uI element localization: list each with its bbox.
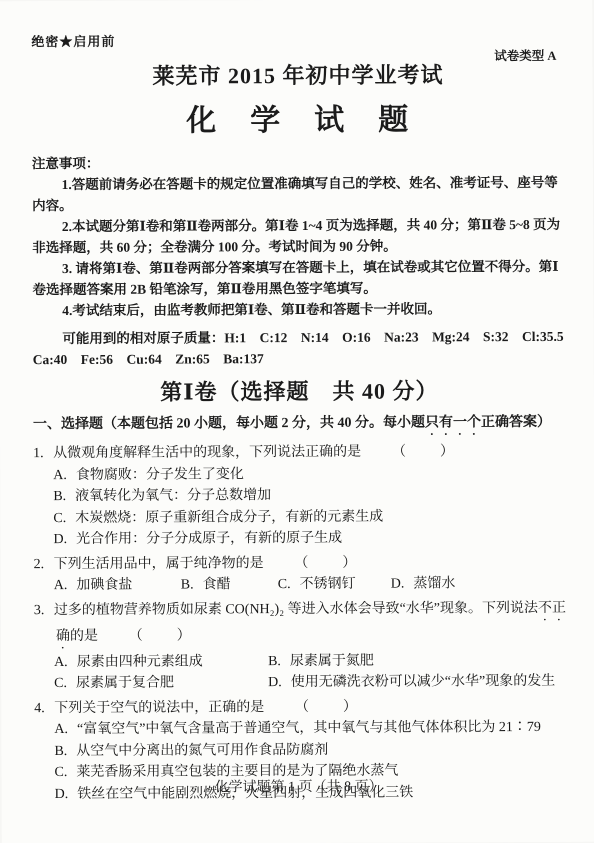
instruction-text: 一、选择题（本题包括 20 小题，每小题 2 分，共 40 分。每小题: [33, 415, 425, 432]
option-text: 尿素属于氮肥: [290, 653, 374, 668]
option-text: “富氧空气”中氧气含量高于普通空气，其中氧气与其他气体体积比为 21∶79: [77, 720, 541, 737]
option-label: A.: [53, 468, 67, 483]
notice-item-4: 4.考试结束后，由监考教师把第Ⅰ卷、第Ⅱ卷和答题卡一并收回。: [32, 298, 565, 321]
notice-item-2: 2.本试题分第Ⅰ卷和第Ⅱ卷两部分。第Ⅰ卷 1~4 页为选择题，共 40 分；第Ⅱ…: [32, 214, 565, 258]
question-3-options: A.尿素由四种元素组成 B.尿素属于氮肥 C.尿素属于复合肥 D.使用无磷洗衣粉…: [34, 649, 567, 694]
question-1-options: A.食物腐败：分子发生了变化 B.液氧转化为氧气：分子总数增加 C.木炭燃烧：原…: [33, 462, 566, 550]
page-footer: 化学试题第 1 页（共 8 页）: [2, 775, 594, 798]
question-4-number: 4.: [34, 698, 54, 720]
question-3-option-a: A.尿素由四种元素组成: [54, 651, 268, 673]
question-4-option-b: B.从空气中分离出的氮气可用作食品防腐剂: [54, 738, 567, 762]
question-3-number: 3.: [34, 600, 54, 622]
option-label: A.: [54, 722, 68, 737]
question-3-stem-text: 过多的植物营养物质如尿素 CO(NH₂)₂ 等进入水体会导致“水华”现象。下列说…: [54, 600, 538, 617]
question-1-stem: 1.从微观角度解释生活中的现象，下列说法正确的是（ ）: [33, 441, 566, 465]
question-3: 3.过多的植物营养物质如尿素 CO(NH₂)₂ 等进入水体会导致“水华”现象。下…: [34, 597, 567, 694]
question-1-option-a: A.食物腐败：分子发生了变化: [53, 462, 566, 486]
notice-section: 注意事项： 1.答题前请务必在答题卡的规定位置准确填写自己的学校、姓名、准考证号…: [32, 151, 566, 321]
question-2-option-b: B.食醋: [181, 574, 278, 596]
question-2-stem: 2.下列生活用品中，属于纯净物的是（ ）: [34, 551, 567, 575]
section-1-title: 第Ⅰ卷（选择题 共 40 分）: [33, 375, 566, 409]
atomic-mass-label: 可能用到的相对原子质量：: [62, 330, 224, 346]
question-2-option-c: C.不锈钢钉: [278, 574, 391, 596]
option-text: 从空气中分离出的氮气可用作食品防腐剂: [76, 742, 328, 758]
option-label: B.: [268, 654, 281, 669]
question-4-stem-text: 下列关于空气的说法中，正确的是: [54, 700, 264, 716]
option-text: 木炭燃烧：原子重新组合成分子，有新的元素生成: [75, 509, 383, 525]
option-label: A.: [54, 655, 68, 670]
option-text: 不锈钢钉: [300, 577, 356, 592]
subject-title: 化 学 试 题: [32, 100, 565, 142]
question-1: 1.从微观角度解释生活中的现象，下列说法正确的是（ ） A.食物腐败：分子发生了…: [33, 441, 566, 551]
question-1-answer-bracket: （ ）: [392, 444, 456, 459]
notice-item-1: 1.答题前请务必在答题卡的规定位置准确填写自己的学校、姓名、准考证号、座号等内容…: [32, 172, 565, 216]
option-text: 食物腐败：分子发生了变化: [76, 467, 244, 483]
exam-paper-page: 绝密★启用前 试卷类型 A 莱芜市 2015 年初中学业考试 化 学 试 题 注…: [0, 0, 594, 843]
question-3-stem: 3.过多的植物营养物质如尿素 CO(NH₂)₂ 等进入水体会导致“水华”现象。下…: [34, 597, 567, 651]
question-2-options: A.加碘食盐 B.食醋 C.不锈钢钉 D.蒸馏水: [34, 573, 567, 597]
option-text: 加碘食盐: [76, 578, 132, 593]
paper-type-label: 试卷类型 A: [494, 46, 556, 64]
option-label: B.: [181, 577, 194, 592]
exam-title: 莱芜市 2015 年初中学业考试: [31, 60, 564, 92]
question-4-answer-bracket: （ ）: [295, 699, 359, 714]
option-label: C.: [278, 577, 291, 592]
option-text: 尿素属于复合肥: [76, 676, 174, 691]
option-label: D.: [53, 532, 67, 547]
question-2: 2.下列生活用品中，属于纯净物的是（ ） A.加碘食盐 B.食醋 C.不锈钢钉 …: [34, 551, 567, 596]
option-label: C.: [54, 676, 67, 691]
option-text: 食醋: [203, 577, 231, 592]
question-2-answer-bracket: （ ）: [294, 555, 358, 570]
question-3-stem-text: 的是: [70, 628, 98, 643]
question-4-stem: 4.下列关于空气的说法中，正确的是（ ）: [34, 695, 567, 719]
option-text: 液氧转化为氧气：分子总数增加: [75, 488, 271, 504]
question-3-answer-bracket: （ ）: [129, 628, 193, 643]
option-label: B.: [53, 489, 66, 504]
secrecy-label: 绝密★启用前: [31, 29, 564, 50]
option-label: D.: [391, 577, 405, 592]
question-1-option-b: B.液氧转化为氧气：分子总数增加: [53, 484, 566, 508]
question-3-option-d: D.使用无磷洗衣粉可以减少“水华”现象的发生: [268, 671, 567, 694]
question-1-option-c: C.木炭燃烧：原子重新组合成分子，有新的元素生成: [53, 505, 566, 529]
option-text: 使用无磷洗衣粉可以减少“水华”现象的发生: [291, 674, 556, 690]
atomic-mass-note: 可能用到的相对原子质量：H:1 C:12 N:14 O:16 Na:23 Mg:…: [33, 326, 566, 370]
section-1-instruction: 一、选择题（本题包括 20 小题，每小题 2 分，共 40 分。每小题只有一个正…: [33, 412, 566, 440]
question-2-option-a: A.加碘食盐: [54, 575, 181, 597]
option-label: A.: [54, 578, 68, 593]
instruction-emphasis: 只有一个: [425, 415, 481, 430]
option-label: B.: [54, 744, 67, 759]
option-label: C.: [53, 511, 66, 526]
instruction-text: 正确答案）: [481, 415, 551, 430]
question-1-option-d: D.光合作用：分子分成原子，有新的原子生成: [53, 527, 566, 551]
question-2-stem-text: 下列生活用品中，属于纯净物的是: [54, 556, 264, 572]
option-label: D.: [268, 675, 282, 690]
question-3-option-c: C.尿素属于复合肥: [54, 672, 268, 694]
notice-item-3: 3. 请将第Ⅰ卷、第Ⅱ卷两部分答案填写在答题卡上，填在试卷或其它位置不得分。第Ⅰ…: [32, 256, 565, 300]
option-text: 光合作用：分子分成原子，有新的原子生成: [76, 531, 342, 547]
question-2-option-d: D.蒸馏水: [391, 573, 567, 595]
question-1-number: 1.: [33, 443, 53, 465]
option-text: 蒸馏水: [413, 576, 455, 591]
question-3-option-b: B.尿素属于氮肥: [268, 649, 567, 672]
question-1-stem-text: 从微观角度解释生活中的现象，下列说法正确的是: [53, 445, 361, 461]
question-2-number: 2.: [34, 554, 54, 576]
option-text: 尿素由四种元素组成: [77, 654, 203, 670]
question-4-option-a: A.“富氧空气”中氧气含量高于普通空气，其中氧气与其他气体体积比为 21∶79: [54, 717, 567, 741]
notice-heading: 注意事项：: [32, 151, 565, 174]
